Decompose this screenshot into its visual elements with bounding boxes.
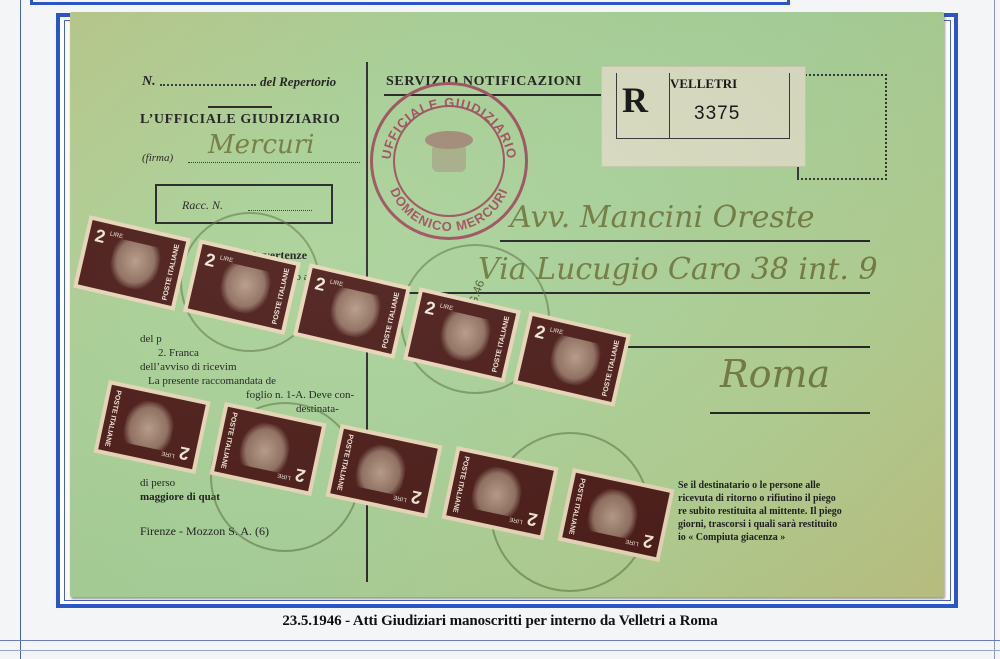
stamp-value: 2 — [533, 321, 547, 344]
previous-frame-bottom — [30, 0, 790, 5]
allegory-figure-icon — [546, 334, 603, 390]
repertorio-prefix: N. — [142, 74, 156, 90]
official-seal: UFFICIALE GIUDIZIARIO DOMENICO MERCURI — [370, 82, 528, 240]
allegory-figure-icon — [436, 310, 493, 366]
album-caption: 23.5.1946 - Atti Giudiziari manoscritti … — [0, 613, 1000, 630]
stamp-value: 2 — [423, 297, 437, 320]
svg-text:DOMENICO MERCURI: DOMENICO MERCURI — [387, 185, 511, 234]
signature-field — [188, 162, 360, 163]
stamp-unit: LIRE — [439, 303, 453, 312]
allegory-figure-icon — [585, 485, 642, 540]
warning-text: del p — [140, 332, 162, 347]
repertorio-label: del Repertorio — [260, 74, 336, 90]
album-rule — [0, 650, 1000, 651]
warning-text: foglio n. 1-A. Deve con- — [246, 388, 354, 403]
stamp-country: POSTE ITALIANE — [601, 337, 625, 400]
stamp-value: 2 — [203, 249, 217, 272]
address-line-3 — [600, 346, 870, 348]
stamp-country: POSTE ITALIANE — [216, 409, 239, 472]
registration-city: VELLETRI — [670, 76, 737, 92]
allegory-figure-icon — [469, 463, 526, 518]
postage-stamp: 2LIREPOSTE ITALIANE — [73, 215, 191, 310]
stamp-country: POSTE ITALIANE — [381, 289, 405, 352]
warning-text: La presente raccomandata de — [148, 374, 276, 389]
allegory-figure-icon — [237, 419, 294, 474]
legal-document-cover: N. del Repertorio L’UFFICIALE GIUDIZIARI… — [70, 12, 944, 597]
repertorio-field — [160, 84, 256, 86]
recipient-city: Roma — [720, 352, 830, 396]
stamp-value: 2 — [93, 225, 107, 248]
registration-label: R VELLETRI 3375 — [602, 67, 805, 166]
album-margin-line-right — [994, 0, 995, 659]
registration-number: 3375 — [694, 103, 740, 125]
album-margin-line-left — [20, 0, 21, 659]
stamp-unit: LIRE — [219, 255, 233, 264]
allegory-figure-icon — [121, 397, 178, 452]
stamp-unit: LIRE — [161, 450, 175, 459]
album-rule — [0, 640, 1000, 641]
stamp-unit: LIRE — [625, 538, 639, 547]
postage-stamp: 2LIREPOSTE ITALIANE — [513, 311, 631, 406]
registered-letter: R — [622, 79, 648, 121]
postage-stamp: 2LIREPOSTE ITALIANE — [93, 380, 210, 474]
stamp-value: 2 — [525, 507, 539, 530]
separator — [208, 106, 272, 108]
racc-field — [248, 210, 312, 211]
warning-text: dell’avviso di ricevim — [140, 360, 237, 375]
racc-label: Racc. N. — [182, 198, 223, 213]
stamp-country: POSTE ITALIANE — [100, 387, 123, 450]
allegory-figure-icon — [216, 262, 273, 318]
address-line-4 — [710, 412, 870, 414]
postage-stamp: 2LIREPOSTE ITALIANE — [293, 263, 411, 358]
signature-label: (firma) — [142, 152, 173, 164]
warning-text: 2. Franca — [158, 346, 199, 361]
allegory-figure-icon — [353, 441, 410, 496]
seal-text-ring: UFFICIALE GIUDIZIARIO DOMENICO MERCURI — [370, 82, 528, 240]
allegory-figure-icon — [106, 238, 163, 294]
stamp-unit: LIRE — [329, 279, 343, 288]
address-line-1 — [500, 240, 870, 242]
stamp-value: 2 — [641, 529, 655, 552]
stamp-placeholder-box — [797, 74, 887, 180]
warning-text: maggiore di quat — [140, 490, 220, 505]
coat-of-arms-icon — [425, 131, 473, 172]
signature: Mercuri — [208, 130, 315, 160]
stamp-value: 2 — [409, 485, 423, 508]
stamp-value: 2 — [177, 441, 191, 464]
stamp-unit: LIRE — [509, 516, 523, 525]
stamp-unit: LIRE — [393, 494, 407, 503]
stamp-unit: LIRE — [277, 472, 291, 481]
stamp-value: 2 — [293, 463, 307, 486]
delivery-notice: Se il destinatario o le persone alle ric… — [678, 479, 842, 544]
officer-title: L’UFFICIALE GIUDIZIARIO — [140, 112, 340, 128]
stamp-unit: LIRE — [549, 327, 563, 336]
recipient-name: Avv. Mancini Oreste — [510, 200, 815, 235]
stamp-country: POSTE ITALIANE — [448, 453, 471, 516]
stamp-value: 2 — [313, 273, 327, 296]
stamp-unit: LIRE — [109, 231, 123, 240]
allegory-figure-icon — [326, 286, 383, 342]
warning-text: di perso — [140, 476, 175, 491]
